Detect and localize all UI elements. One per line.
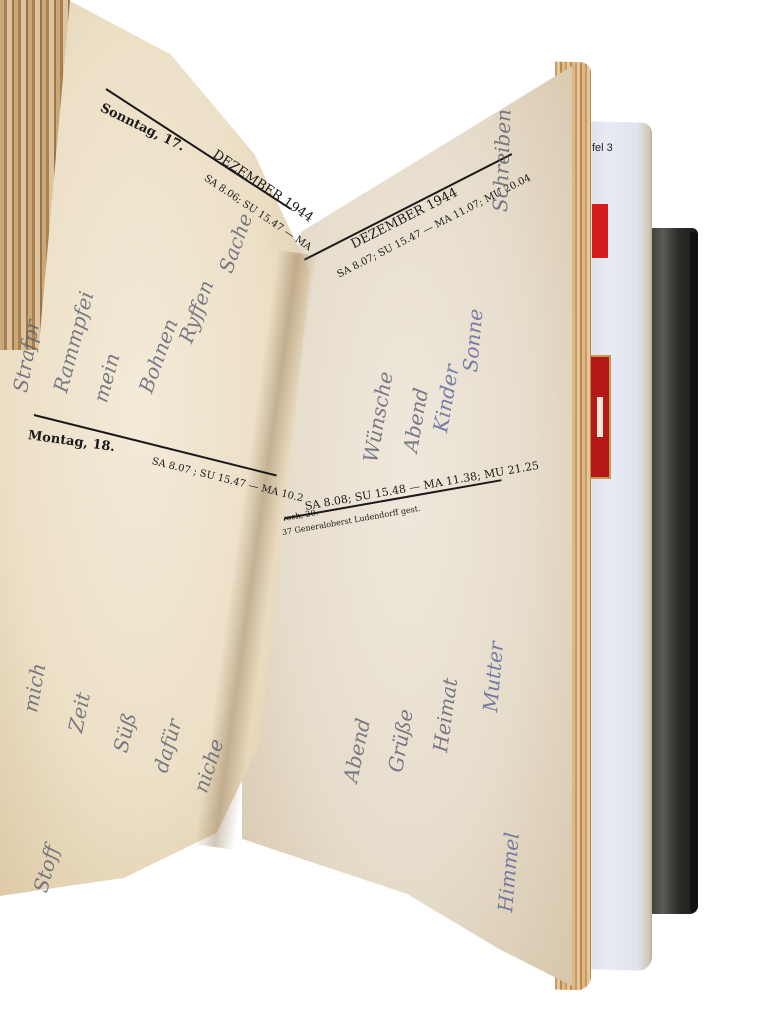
insert-label: fel 3	[592, 142, 613, 154]
back-cover-edge	[690, 232, 698, 912]
handwriting-line: Schreiben	[488, 109, 516, 213]
red-tab	[592, 204, 608, 258]
red-stamp	[589, 355, 611, 479]
